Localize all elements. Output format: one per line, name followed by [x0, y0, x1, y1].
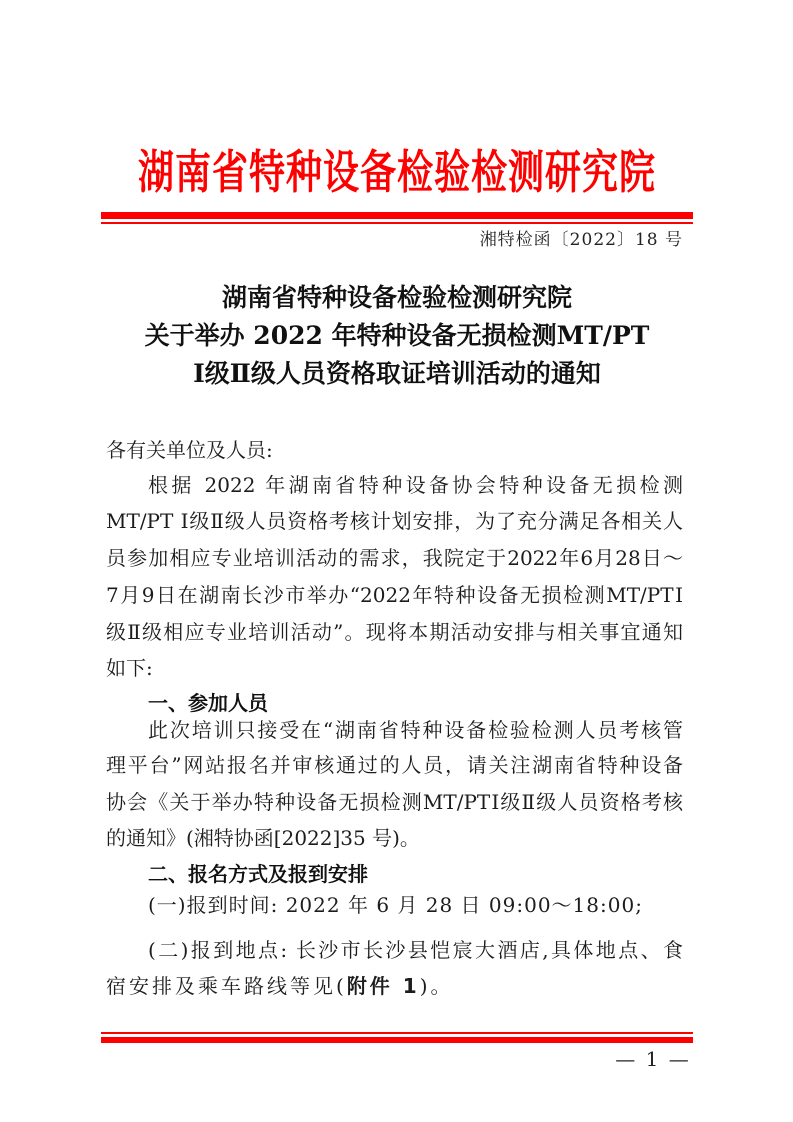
paragraph-line: 员参加相应专业培训活动的需求，我院定于2022年6月28日～ — [106, 545, 683, 571]
registration-time: (一)报到时间: 2022 年 6 月 28 日 09:00～18:00; — [148, 892, 683, 918]
registration-location-cont: 宿安排及乘车路线等见(附件 1)。 — [106, 973, 683, 999]
paragraph-line: 如下: — [106, 655, 683, 681]
paragraph-line: MT/PT Ⅰ级Ⅱ级人员资格考核计划安排，为了充分满足各相关人 — [106, 508, 683, 534]
location-text: 宿安排及乘车路线等见( — [106, 974, 347, 998]
footer-thick-rule — [101, 1037, 693, 1043]
organization-masthead: 湖南省特种设备检验检测研究院 — [100, 146, 694, 202]
document-number: 湘特检函〔2022〕18 号 — [480, 228, 683, 252]
title-line-3: Ⅰ级Ⅱ级人员资格取证培训活动的通知 — [100, 355, 694, 393]
paragraph-line: 此次培训只接受在“湖南省特种设备检验检测人员考核管 — [148, 717, 683, 743]
salutation: 各有关单位及人员: — [106, 437, 683, 463]
masthead-text: 湖南省特种设备检验检测研究院 — [138, 138, 656, 210]
paragraph-line: 协会《关于举办特种设备无损检测MT/PTⅠ级Ⅱ级人员资格考核 — [106, 789, 683, 815]
location-tail: )。 — [420, 974, 454, 998]
title-line-2: 关于举办 2022 年特种设备无损检测MT/PT — [100, 317, 694, 355]
title-line-1: 湖南省特种设备检验检测研究院 — [100, 279, 694, 317]
section-heading-registration: 二、报名方式及报到安排 — [148, 861, 725, 887]
section-heading-participants: 一、参加人员 — [148, 690, 725, 716]
paragraph-line: 的通知》(湘特协函[2022]35 号)。 — [106, 825, 683, 851]
page-number: — 1 — — [612, 1046, 694, 1072]
footer-thin-rule — [101, 1032, 693, 1034]
masthead-thick-rule — [101, 212, 693, 219]
registration-location: (二)报到地点: 长沙市长沙县恺宸大酒店,具体地点、食 — [148, 937, 683, 963]
paragraph-line: 理平台”网站报名并审核通过的人员，请关注湖南省特种设备 — [106, 752, 683, 778]
paragraph-line: 7月9日在湖南长沙市举办“2022年特种设备无损检测MT/PTⅠ — [106, 582, 683, 608]
paragraph-line: 级Ⅱ级相应专业培训活动”。现将本期活动安排与相关事宜通知 — [106, 619, 683, 645]
paragraph-line: 根据 2022 年湖南省特种设备协会特种设备无损检测 — [148, 472, 683, 498]
masthead-thin-rule — [101, 222, 693, 224]
attachment-1-reference: 附件 1 — [347, 974, 420, 998]
